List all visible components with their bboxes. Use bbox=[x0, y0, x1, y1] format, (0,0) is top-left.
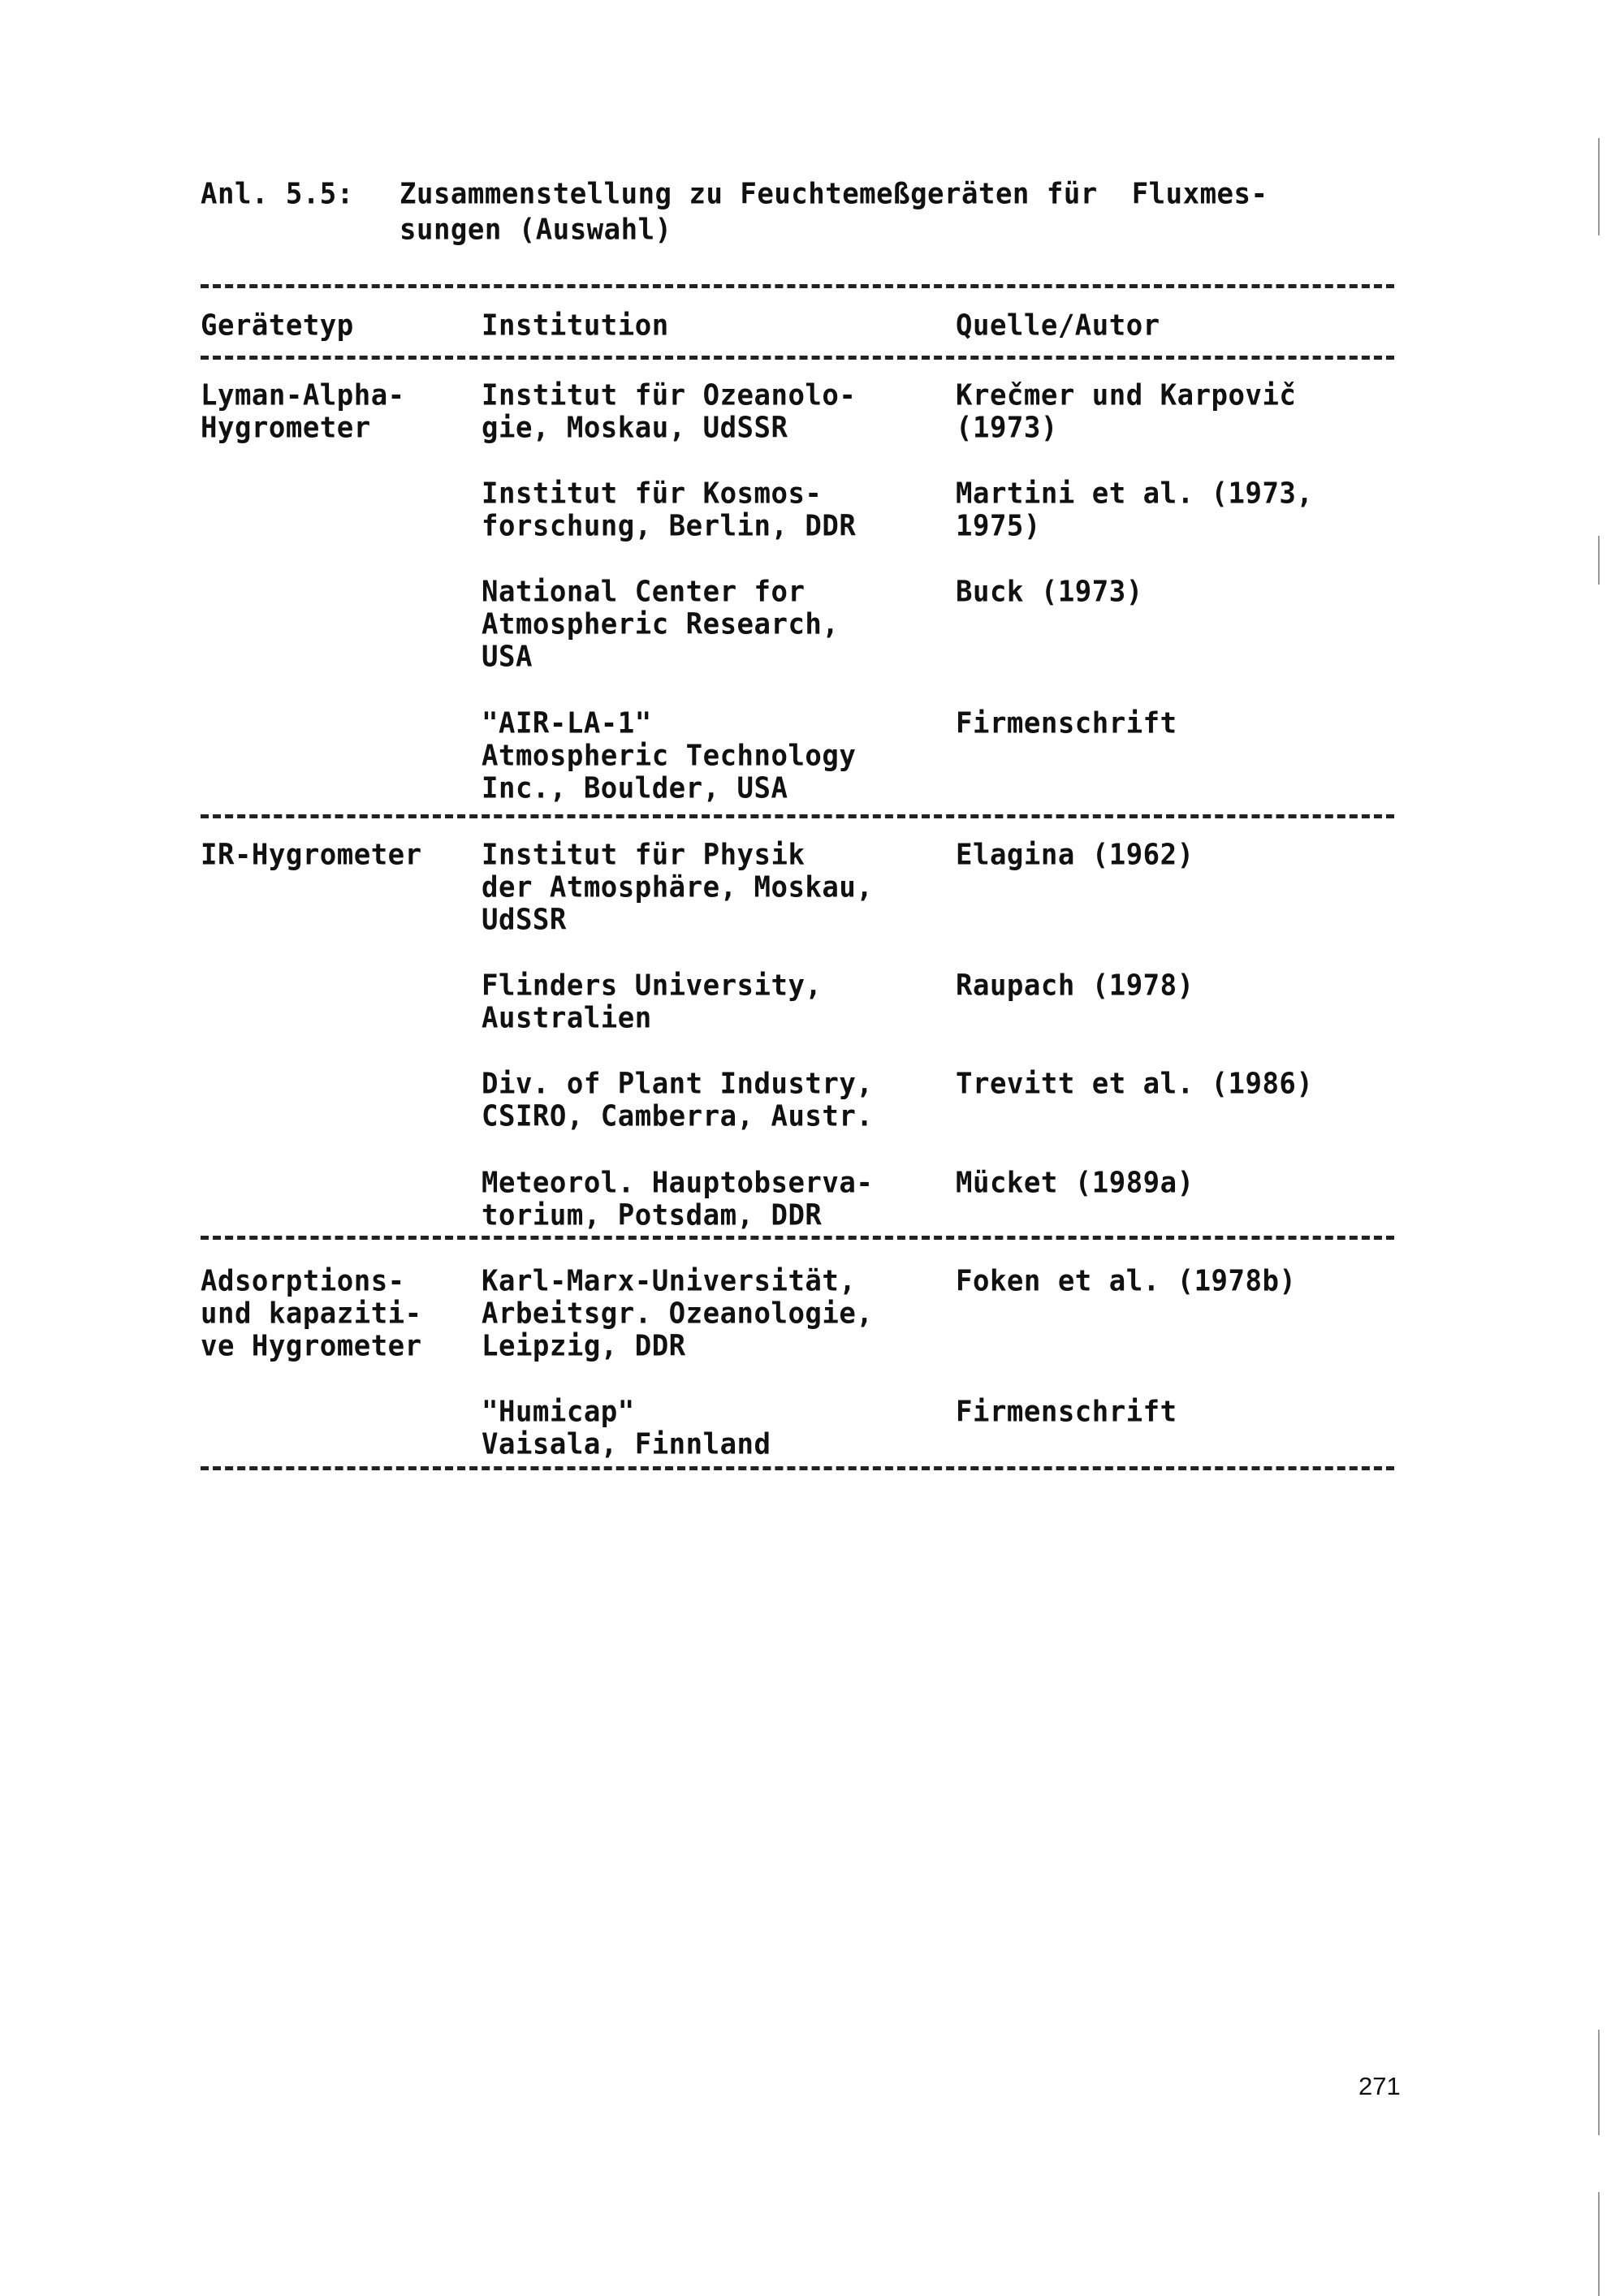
institution-cell: Atmospheric Research, bbox=[482, 607, 839, 641]
scan-edge-mark bbox=[1598, 536, 1600, 585]
institution-cell: Leipzig, DDR bbox=[482, 1329, 686, 1363]
source-cell: Buck (1973) bbox=[956, 575, 1143, 609]
institution-cell: Div. of Plant Industry, bbox=[482, 1067, 873, 1101]
source-cell: Krečmer und Karpovič bbox=[956, 378, 1296, 412]
institution-cell: forschung, Berlin, DDR bbox=[482, 509, 856, 543]
caption-label: Anl. 5.5: bbox=[201, 177, 354, 211]
source-cell: Foken et al. (1978b) bbox=[956, 1264, 1296, 1298]
type-cell: IR-Hygrometer bbox=[201, 838, 422, 872]
institution-cell: USA bbox=[482, 640, 533, 674]
table-top-rule bbox=[201, 284, 1394, 288]
institution-cell: Inc., Boulder, USA bbox=[482, 771, 788, 805]
source-cell: Elagina (1962) bbox=[956, 838, 1194, 872]
source-cell: Mücket (1989a) bbox=[956, 1166, 1194, 1200]
column-header-geraetetyp: Gerätetyp bbox=[201, 309, 354, 343]
header-rule bbox=[201, 356, 1394, 360]
source-cell: (1973) bbox=[956, 411, 1058, 445]
document-page: Anl. 5.5: Zusammenstellung zu Feuchtemeß… bbox=[0, 0, 1624, 2296]
source-cell: Martini et al. (1973, bbox=[956, 477, 1313, 511]
source-cell: Firmenschrift bbox=[956, 706, 1177, 740]
institution-cell: der Atmosphäre, Moskau, bbox=[482, 870, 873, 904]
table-bottom-rule bbox=[201, 1466, 1394, 1470]
institution-cell: Atmospheric Technology bbox=[482, 739, 856, 773]
caption-line-1: Zusammenstellung zu Feuchtemeßgeräten fü… bbox=[400, 177, 1268, 211]
type-cell: Hygrometer bbox=[201, 411, 371, 445]
institution-cell: torium, Potsdam, DDR bbox=[482, 1198, 822, 1232]
group-divider bbox=[201, 814, 1394, 818]
caption-line-2: sungen (Auswahl) bbox=[400, 213, 672, 247]
institution-cell: Australien bbox=[482, 1001, 652, 1035]
institution-cell: CSIRO, Camberra, Austr. bbox=[482, 1099, 873, 1133]
institution-cell: "AIR-LA-1" bbox=[482, 706, 652, 740]
source-cell: Raupach (1978) bbox=[956, 969, 1194, 1003]
group-divider bbox=[201, 1236, 1394, 1240]
institution-cell: Institut für Kosmos- bbox=[482, 477, 822, 511]
source-cell: Trevitt et al. (1986) bbox=[956, 1067, 1313, 1101]
source-cell: Firmenschrift bbox=[956, 1395, 1177, 1429]
institution-cell: Karl-Marx-Universität, bbox=[482, 1264, 856, 1298]
institution-cell: Institut für Physik bbox=[482, 838, 805, 872]
institution-cell: Vaisala, Finnland bbox=[482, 1427, 771, 1461]
institution-cell: gie, Moskau, UdSSR bbox=[482, 411, 788, 445]
column-header-institution: Institution bbox=[482, 309, 669, 343]
institution-cell: Flinders University, bbox=[482, 969, 822, 1003]
institution-cell: National Center for bbox=[482, 575, 805, 609]
institution-cell: Meteorol. Hauptobserva- bbox=[482, 1166, 873, 1200]
institution-cell: "Humicap" bbox=[482, 1395, 635, 1429]
type-cell: Lyman-Alpha- bbox=[201, 378, 405, 412]
type-cell: und kapaziti- bbox=[201, 1297, 422, 1331]
scan-edge-mark bbox=[1598, 2030, 1600, 2135]
institution-cell: Institut für Ozeanolo- bbox=[482, 378, 856, 412]
scan-edge-mark bbox=[1598, 138, 1600, 235]
scan-edge-mark bbox=[1598, 2192, 1600, 2296]
institution-cell: UdSSR bbox=[482, 903, 567, 937]
type-cell: Adsorptions- bbox=[201, 1264, 405, 1298]
type-cell: ve Hygrometer bbox=[201, 1329, 422, 1363]
column-header-quelle-autor: Quelle/Autor bbox=[956, 309, 1160, 343]
source-cell: 1975) bbox=[956, 509, 1041, 543]
page-number: 271 bbox=[1358, 2072, 1401, 2101]
institution-cell: Arbeitsgr. Ozeanologie, bbox=[482, 1297, 873, 1331]
